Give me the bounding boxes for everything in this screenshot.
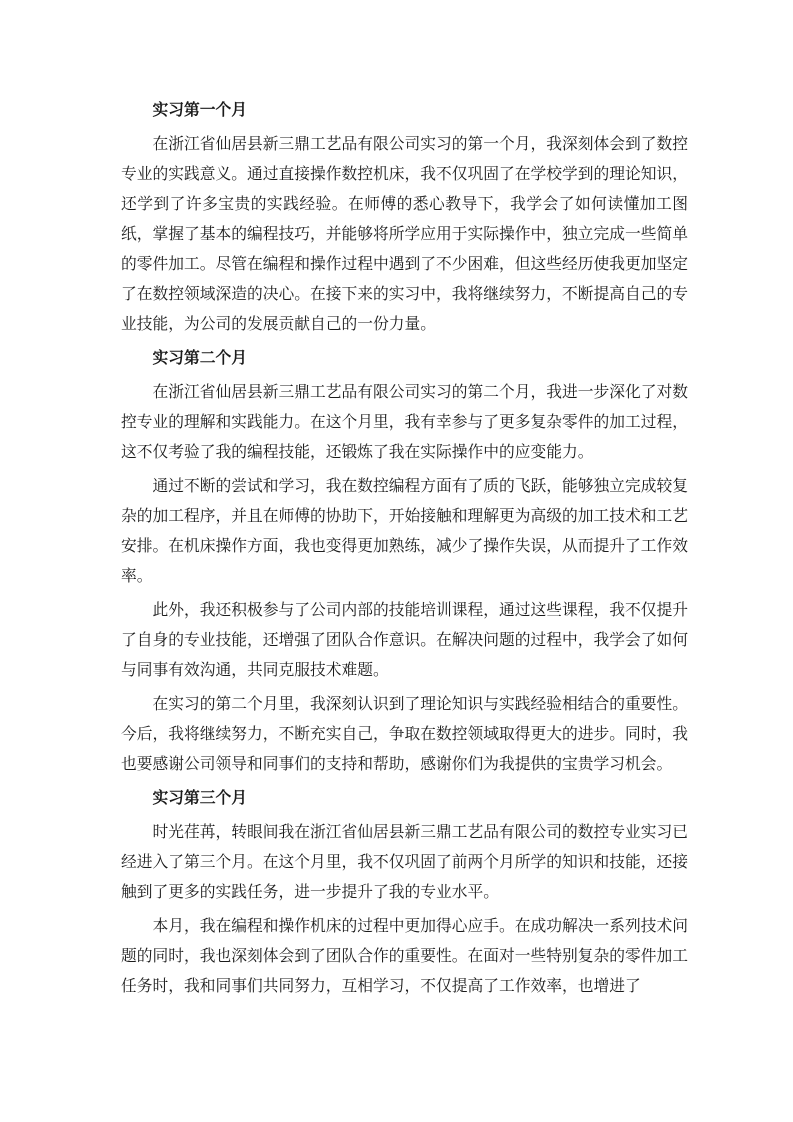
document-page: 实习第一个月 在浙江省仙居县新三鼎工艺品有限公司实习的第一个月，我深刻体会到了数… xyxy=(0,0,793,1122)
document-content: 实习第一个月 在浙江省仙居县新三鼎工艺品有限公司实习的第一个月，我深刻体会到了数… xyxy=(121,96,688,1002)
heading-internship-month-2: 实习第二个月 xyxy=(121,344,688,374)
heading-internship-month-1: 实习第一个月 xyxy=(121,96,688,126)
paragraph-month2-reflection: 在实习的第二个月里，我深刻认识到了理论知识与实践经验相结合的重要性。今后，我将继… xyxy=(121,690,688,780)
paragraph-month1-summary: 在浙江省仙居县新三鼎工艺品有限公司实习的第一个月，我深刻体会到了数控专业的实践意… xyxy=(121,130,688,340)
paragraph-month3-intro: 时光荏苒，转眼间我在浙江省仙居县新三鼎工艺品有限公司的数控专业实习已经进入了第三… xyxy=(121,818,688,908)
heading-internship-month-3: 实习第三个月 xyxy=(121,784,688,814)
paragraph-month3-teamwork: 本月，我在编程和操作机床的过程中更加得心应手。在成功解决一系列技术问题的同时，我… xyxy=(121,912,688,1002)
paragraph-month2-intro: 在浙江省仙居县新三鼎工艺品有限公司实习的第二个月，我进一步深化了对数控专业的理解… xyxy=(121,378,688,468)
paragraph-month2-programming-progress: 通过不断的尝试和学习，我在数控编程方面有了质的飞跃，能够独立完成较复杂的加工程序… xyxy=(121,472,688,592)
paragraph-month2-training: 此外，我还积极参与了公司内部的技能培训课程，通过这些课程，我不仅提升了自身的专业… xyxy=(121,596,688,686)
